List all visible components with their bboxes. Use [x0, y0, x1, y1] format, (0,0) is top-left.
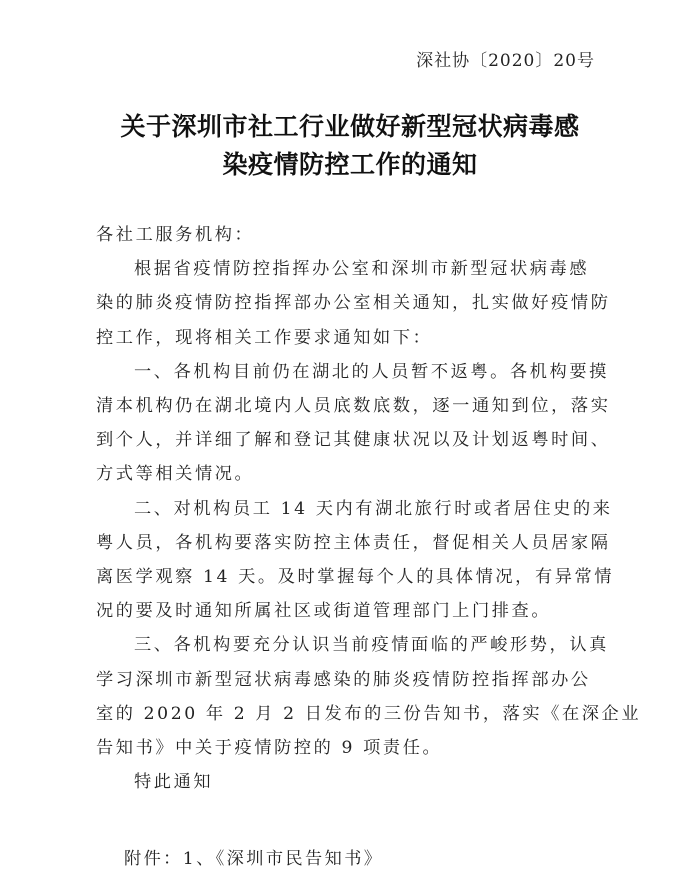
document-body: 各社工服务机构： 根据省疫情防控指挥办公室和深圳市新型冠状病毒感 染的肺炎疫情防…: [96, 218, 602, 799]
text-line: 三、各机构要充分认识当前疫情面临的严峻形势，认真: [96, 628, 602, 662]
text-line: 室的 2020 年 2 月 2 日发布的三份告知书，落实《在深企业: [96, 697, 602, 731]
paragraph-item-1: 一、各机构目前仍在湖北的人员暂不返粤。各机构要摸 清本机构仍在湖北境内人员底数底…: [96, 355, 602, 492]
text-line: 一、各机构目前仍在湖北的人员暂不返粤。各机构要摸: [96, 355, 602, 389]
text-line: 方式等相关情况。: [96, 457, 602, 491]
text-line: 学习深圳市新型冠状病毒感染的肺炎疫情防控指挥部办公: [96, 663, 602, 697]
title-line: 染疫情防控工作的通知: [80, 146, 620, 184]
closing-statement: 特此通知: [96, 765, 602, 799]
text-line: 到个人，并详细了解和登记其健康状况以及计划返粤时间、: [96, 423, 602, 457]
text-line: 况的要及时通知所属社区或街道管理部门上门排查。: [96, 594, 602, 628]
text-line: 粤人员，各机构要落实防控主体责任，督促相关人员居家隔: [96, 526, 602, 560]
paragraph-intro: 根据省疫情防控指挥办公室和深圳市新型冠状病毒感 染的肺炎疫情防控指挥部办公室相关…: [96, 252, 602, 355]
text-line: 染的肺炎疫情防控指挥部办公室相关通知，扎实做好疫情防: [96, 286, 602, 320]
document-page: 深社协〔2020〕20号 关于深圳市社工行业做好新型冠状病毒感 染疫情防控工作的…: [0, 0, 687, 881]
text-line: 清本机构仍在湖北境内人员底数底数，逐一通知到位，落实: [96, 389, 602, 423]
title-line: 关于深圳市社工行业做好新型冠状病毒感: [80, 108, 620, 146]
text-line: 离医学观察 14 天。及时掌握每个人的具体情况，有异常情: [96, 560, 602, 594]
document-number: 深社协〔2020〕20号: [416, 46, 595, 71]
text-line: 二、对机构员工 14 天内有湖北旅行时或者居住史的来: [96, 492, 602, 526]
text-line: 根据省疫情防控指挥办公室和深圳市新型冠状病毒感: [96, 252, 602, 286]
salutation: 各社工服务机构：: [96, 218, 602, 252]
paragraph-item-3: 三、各机构要充分认识当前疫情面临的严峻形势，认真 学习深圳市新型冠状病毒感染的肺…: [96, 628, 602, 765]
text-line: 告知书》中关于疫情防控的 9 项责任。: [96, 731, 602, 765]
document-title: 关于深圳市社工行业做好新型冠状病毒感 染疫情防控工作的通知: [80, 108, 620, 184]
text-line: 控工作，现将相关工作要求通知如下：: [96, 321, 602, 355]
attachment-note: 附件：1、《深圳市民告知书》: [124, 844, 383, 869]
paragraph-item-2: 二、对机构员工 14 天内有湖北旅行时或者居住史的来 粤人员，各机构要落实防控主…: [96, 492, 602, 629]
